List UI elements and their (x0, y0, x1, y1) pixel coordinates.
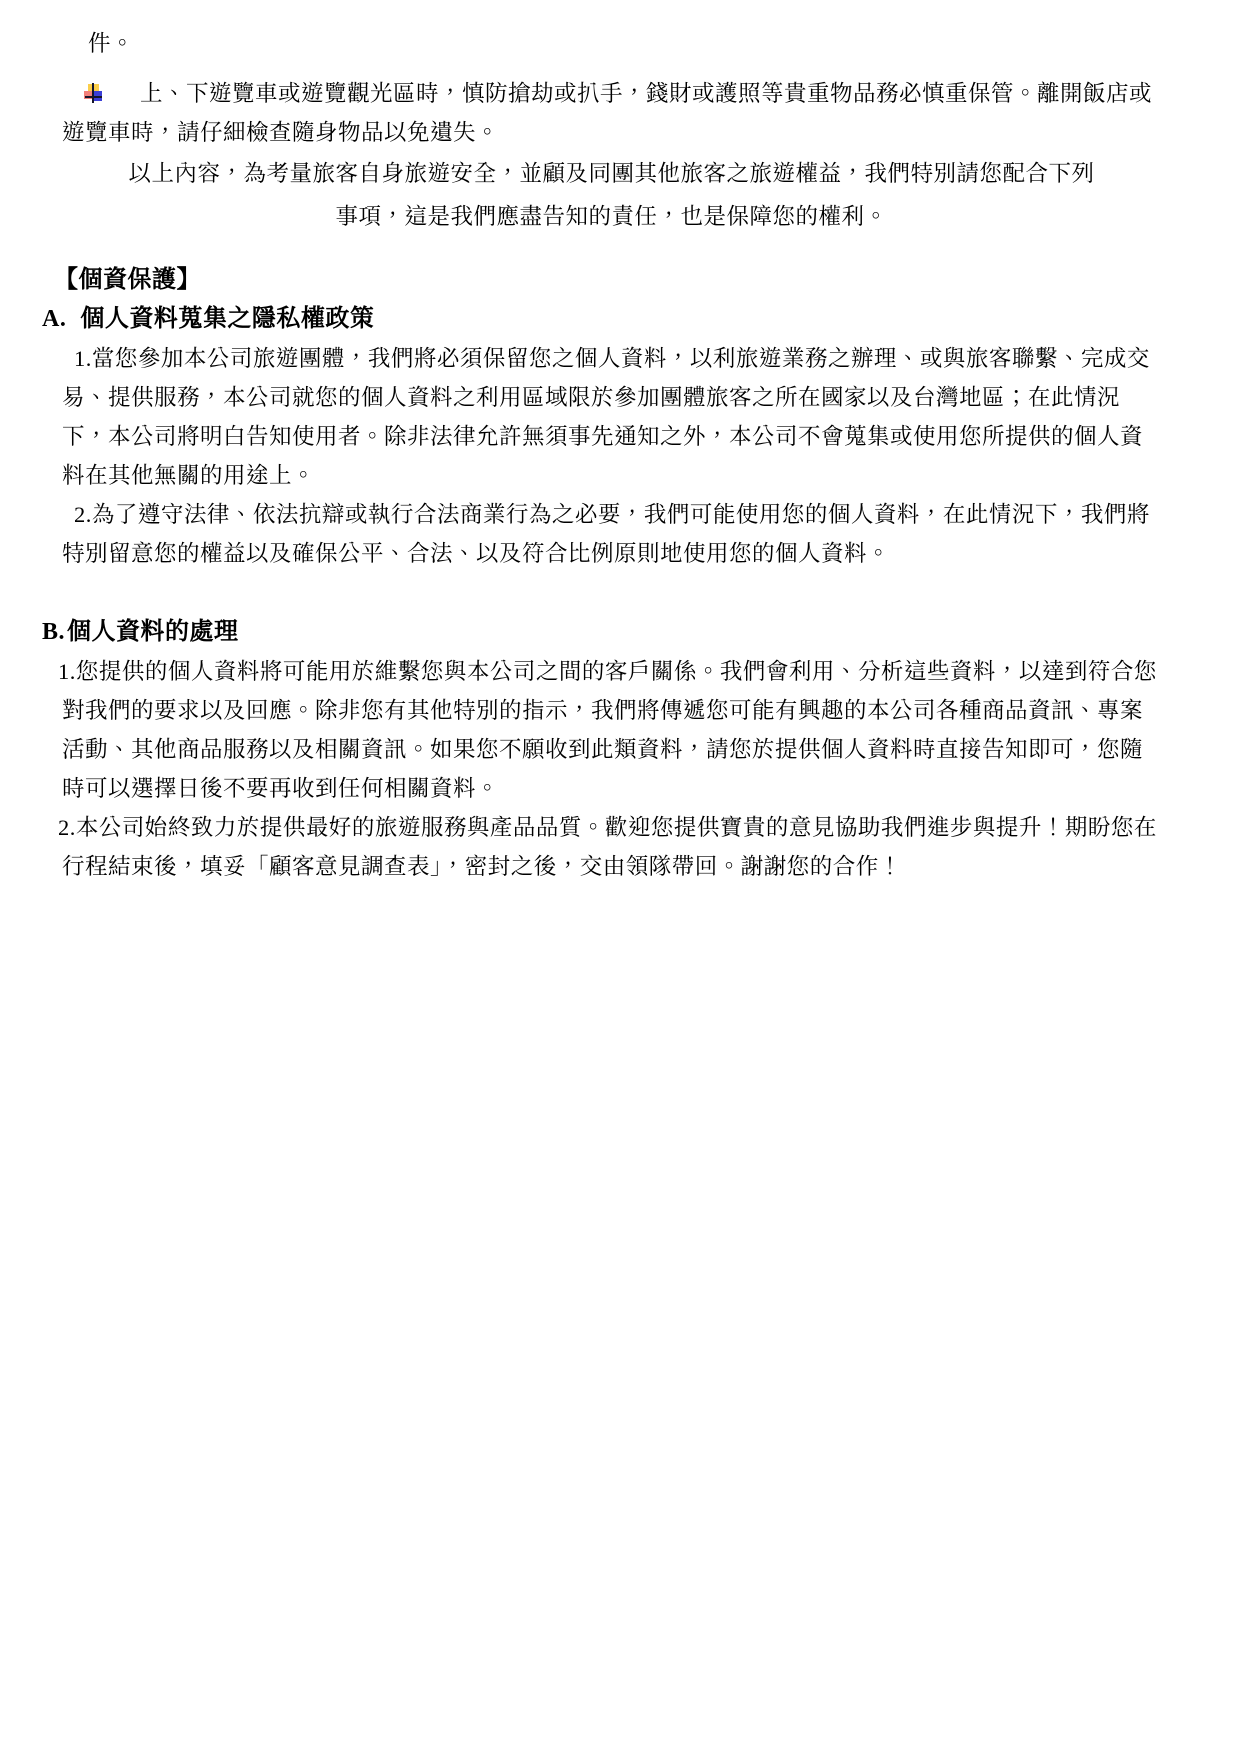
section-b-label: B. (42, 613, 65, 652)
item-number: 1. (58, 659, 76, 684)
section-b-item-2: 2.本公司始終致力於提供最好的旅遊服務與產品品質。歡迎您提供寶貴的意見協助我們進… (62, 808, 1161, 886)
section-a-heading-text: 個人資料蒐集之隱私權政策 (80, 305, 374, 332)
bullet-cross-vertical (92, 83, 94, 103)
bullet-item-text: 上、下遊覽車或遊覽觀光區時，慎防搶劫或扒手，錢財或護照等貴重物品務必慎重保管。離… (62, 81, 1152, 145)
item-text: 為了遵守法律、依法抗辯或執行合法商業行為之必要，我們可能使用您的個人資料，在此情… (62, 502, 1150, 566)
section-b-item-1: 1.您提供的個人資料將可能用於維繫您與本公司之間的客戶關係。我們會利用、分析這些… (62, 652, 1161, 808)
section-a: A.個人資料蒐集之隱私權政策 1.當您參加本公司旅遊團體，我們將必須保留您之個人… (62, 299, 1161, 573)
item-text: 當您參加本公司旅遊團體，我們將必須保留您之個人資料，以利旅遊業務之辦理、或與旅客… (62, 346, 1150, 488)
section-b-heading: B.個人資料的處理 (42, 612, 1161, 652)
notice-paragraph: 以上內容，為考量旅客自身旅遊安全，並顧及同團其他旅客之旅遊權益，我們特別請您配合… (62, 152, 1161, 238)
item-number: 2. (74, 502, 92, 527)
section-a-label: A. (42, 300, 66, 339)
colored-cross-bullet-icon (84, 83, 103, 104)
item-number: 1. (74, 346, 92, 371)
bullet-cross-horizontal (85, 96, 102, 98)
item-text: 本公司始終致力於提供最好的旅遊服務與產品品質。歡迎您提供寶貴的意見協助我們進步與… (62, 815, 1157, 879)
carryover-text: 件。 (88, 24, 1161, 63)
item-number: 2. (58, 815, 76, 840)
document-page: 件。 上、下遊覽車或遊覽觀光區時，慎防搶劫或扒手，錢財或護照等貴重物品務必慎重保… (0, 0, 1241, 1755)
section-a-heading: A.個人資料蒐集之隱私權政策 (42, 299, 1161, 339)
notice-line-2: 事項，這是我們應盡告知的責任，也是保障您的權利。 (62, 195, 1161, 238)
item-text: 您提供的個人資料將可能用於維繫您與本公司之間的客戶關係。我們會利用、分析這些資料… (62, 659, 1157, 801)
section-b-heading-text: 個人資料的處理 (67, 618, 239, 645)
notice-line-1: 以上內容，為考量旅客自身旅遊安全，並顧及同團其他旅客之旅遊權益，我們特別請您配合… (62, 152, 1161, 195)
section-b: B.個人資料的處理 1.您提供的個人資料將可能用於維繫您與本公司之間的客戶關係。… (62, 612, 1161, 886)
section-a-item-1: 1.當您參加本公司旅遊團體，我們將必須保留您之個人資料，以利旅遊業務之辦理、或與… (62, 339, 1161, 495)
privacy-section-title: 【個資保護】 (54, 260, 1161, 299)
section-a-item-2: 2.為了遵守法律、依法抗辯或執行合法商業行為之必要，我們可能使用您的個人資料，在… (62, 495, 1161, 573)
bullet-item: 上、下遊覽車或遊覽觀光區時，慎防搶劫或扒手，錢財或護照等貴重物品務必慎重保管。離… (62, 74, 1161, 152)
